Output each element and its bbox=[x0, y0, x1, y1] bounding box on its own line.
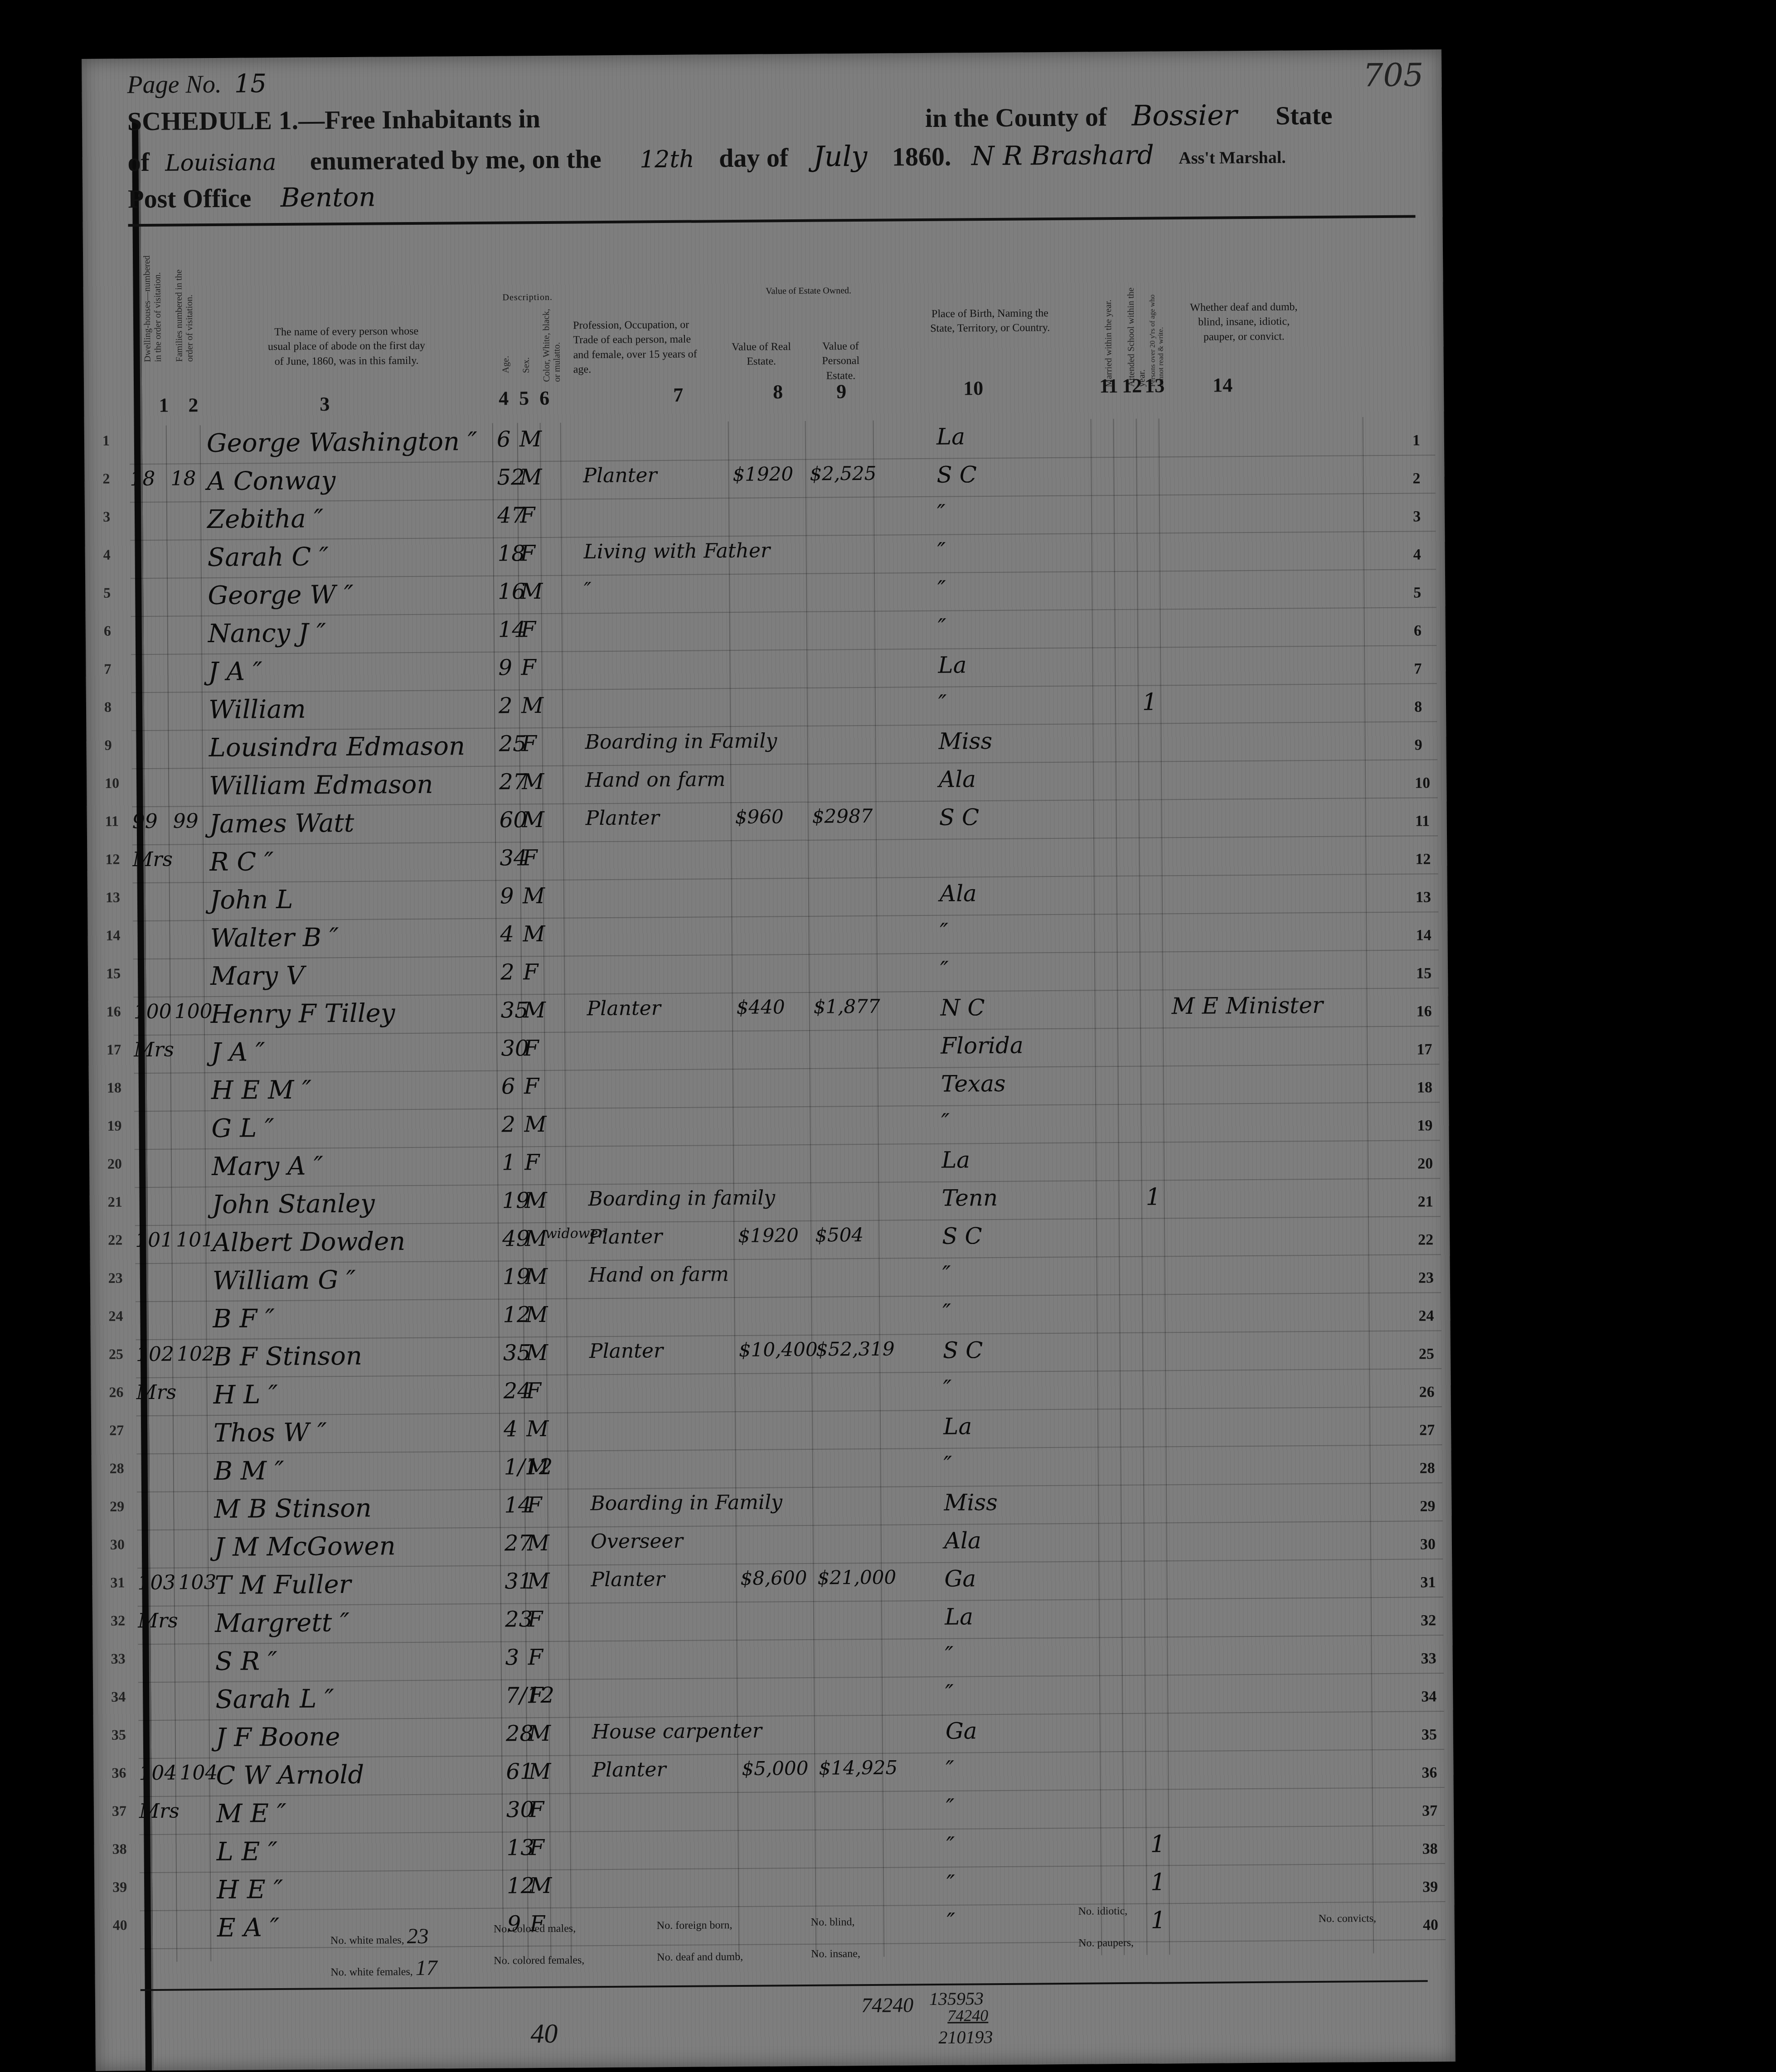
cell-name: T M Fuller bbox=[214, 1570, 351, 1600]
cell-occupation: Hand on farm bbox=[589, 1263, 729, 1287]
cell-name: M E ″ bbox=[216, 1799, 286, 1829]
cell-personal-estate: $2,525 bbox=[810, 462, 876, 485]
line-number-left: 34 bbox=[111, 1688, 126, 1705]
line-number-right: 31 bbox=[1420, 1574, 1436, 1591]
line-number-left: 6 bbox=[104, 623, 111, 639]
cell-sex: M bbox=[529, 1721, 551, 1746]
line-number-left: 33 bbox=[111, 1650, 126, 1667]
cell-name: Margrett ″ bbox=[215, 1608, 349, 1638]
cell-name: L E ″ bbox=[216, 1837, 277, 1867]
post-office-label: Post Office bbox=[128, 183, 252, 213]
line-number-left: 29 bbox=[110, 1498, 124, 1515]
line-number-left: 32 bbox=[111, 1612, 125, 1629]
line-number-right: 17 bbox=[1417, 1041, 1432, 1058]
cell-name: Sarah L ″ bbox=[215, 1684, 334, 1714]
cell-birthplace: Ala bbox=[939, 766, 976, 793]
line-number-right: 8 bbox=[1414, 698, 1422, 716]
cell-name: James Watt bbox=[209, 808, 354, 839]
line-number-left: 10 bbox=[105, 775, 119, 791]
of-label: of bbox=[127, 147, 150, 177]
line-number-left: 39 bbox=[112, 1878, 127, 1895]
line-number-right: 12 bbox=[1415, 851, 1431, 868]
cell-name: J A ″ bbox=[208, 657, 262, 687]
cell-sex: F bbox=[529, 1835, 544, 1860]
cell-sex: M bbox=[525, 1302, 548, 1327]
cell-name: H L ″ bbox=[213, 1380, 278, 1410]
deaf-dumb-label: No. deaf and dumb, bbox=[657, 1951, 743, 1964]
white-males-value: 23 bbox=[407, 1924, 428, 1948]
line-number-left: 13 bbox=[106, 889, 120, 905]
line-number-right: 34 bbox=[1421, 1688, 1436, 1705]
cell-birthplace: ″ bbox=[947, 1908, 956, 1935]
column-numbers: 1 2 3 4 5 6 7 8 9 10 11 12 13 14 bbox=[82, 49, 1441, 59]
cell-birthplace: Ala bbox=[944, 1527, 981, 1554]
cell-name: George W ″ bbox=[208, 580, 354, 610]
line-number-left: 36 bbox=[112, 1764, 126, 1781]
line-number-left: 18 bbox=[107, 1079, 121, 1096]
cell-birthplace: Ga bbox=[944, 1565, 976, 1592]
cell-name: J A ″ bbox=[211, 1037, 265, 1067]
year-value: 1860. bbox=[892, 142, 951, 172]
cell-birthplace: Ala bbox=[940, 880, 977, 907]
page-number: Page No. 15 bbox=[127, 69, 267, 99]
cell-birthplace: ″ bbox=[938, 614, 946, 640]
cell-family: 104 bbox=[180, 1761, 218, 1785]
line-number-right: 10 bbox=[1415, 775, 1430, 792]
line-number-right: 28 bbox=[1420, 1460, 1435, 1477]
cell-school: 1 bbox=[1150, 1830, 1165, 1858]
cell-name: William Edmason bbox=[209, 770, 433, 801]
cell-birthplace: La bbox=[938, 652, 966, 678]
cell-real-estate: $440 bbox=[736, 996, 785, 1018]
cell-dwelling: 103 bbox=[137, 1571, 175, 1595]
cell-name: S R ″ bbox=[215, 1646, 277, 1676]
line-number-left: 24 bbox=[108, 1307, 123, 1324]
col-num-9: 9 bbox=[836, 380, 846, 403]
white-females-label: No. white females, bbox=[330, 1966, 412, 1978]
cell-name: Zebitha ″ bbox=[207, 504, 324, 534]
line-number-right: 5 bbox=[1413, 584, 1421, 601]
cell-age: 6 bbox=[501, 1074, 515, 1099]
cell-birthplace: S C bbox=[937, 461, 977, 488]
cell-birthplace: ″ bbox=[942, 1299, 951, 1326]
cell-birthplace: Florida bbox=[941, 1032, 1024, 1059]
schedule-title-line: SCHEDULE 1.—Free Inhabitants in bbox=[127, 103, 540, 136]
cell-birthplace: ″ bbox=[945, 1680, 954, 1706]
cell-sex: F bbox=[521, 617, 536, 642]
line-number-right: 29 bbox=[1420, 1498, 1435, 1515]
cell-age: 2 bbox=[500, 959, 514, 985]
cell-dwelling: Mrs bbox=[136, 1381, 176, 1404]
cell-occupation: Planter bbox=[588, 1225, 662, 1249]
schedule-title: SCHEDULE 1.—Free Inhabitants in bbox=[127, 104, 540, 136]
sum-total: 210193 bbox=[938, 2026, 993, 2048]
line-number-left: 12 bbox=[105, 851, 120, 867]
line-number-left: 30 bbox=[110, 1536, 125, 1553]
cell-dwelling: Mrs bbox=[134, 1038, 174, 1062]
cell-sex: F bbox=[528, 1607, 543, 1632]
header-family: Families numbered in the order of visita… bbox=[174, 248, 195, 362]
cell-sex: F bbox=[523, 959, 539, 985]
cell-dwelling: 104 bbox=[139, 1762, 177, 1785]
header-birthplace: Place of Birth, Naming the State, Territ… bbox=[927, 306, 1053, 336]
cell-sex: M bbox=[519, 426, 542, 452]
cell-personal-estate: $52,319 bbox=[816, 1338, 895, 1360]
cell-name: M B Stinson bbox=[214, 1494, 372, 1524]
cell-sex: M bbox=[527, 1454, 549, 1480]
line-number-right: 1 bbox=[1412, 432, 1420, 449]
cell-birthplace: La bbox=[943, 1413, 972, 1439]
cell-occupation: Boarding in Family bbox=[585, 729, 777, 754]
cell-sex: M bbox=[524, 1112, 547, 1137]
cell-name: H E ″ bbox=[217, 1875, 283, 1905]
cell-school: 1 bbox=[1151, 1907, 1166, 1934]
line-number-right: 4 bbox=[1413, 546, 1421, 563]
header-school: Attended School within the year. bbox=[1126, 287, 1148, 387]
col-num-1: 1 bbox=[159, 394, 169, 417]
cell-age: 9 bbox=[500, 883, 514, 909]
line-number-right: 27 bbox=[1419, 1422, 1435, 1439]
cell-sex: M bbox=[519, 465, 542, 490]
cell-name: H E M ″ bbox=[211, 1075, 312, 1106]
cell-sex: M bbox=[520, 579, 543, 604]
foreign-born-label: No. foreign born, bbox=[657, 1919, 733, 1932]
page-number-value: 15 bbox=[234, 69, 267, 98]
col-num-2: 2 bbox=[188, 393, 198, 416]
cell-sex: F bbox=[528, 1683, 543, 1708]
cell-sex: M bbox=[527, 1530, 550, 1556]
header-dwelling: Dwelling-houses—numbered in the order of… bbox=[142, 249, 164, 362]
cell-occupation: House carpenter bbox=[592, 1719, 762, 1744]
sum-real-repeat: 74240 bbox=[947, 2006, 988, 2025]
cell-sex: F bbox=[520, 541, 535, 566]
cell-personal-estate: $21,000 bbox=[817, 1566, 896, 1589]
line-number-right: 11 bbox=[1415, 813, 1430, 830]
cell-personal-estate: $1,877 bbox=[813, 995, 880, 1018]
line-number-right: 40 bbox=[1423, 1917, 1438, 1934]
cell-school: 1 bbox=[1142, 688, 1158, 716]
cell-dwelling: 18 bbox=[130, 467, 155, 490]
cell-family: 103 bbox=[178, 1571, 216, 1594]
line-number-right: 32 bbox=[1421, 1612, 1436, 1629]
header-estate-group: Value of Estate Owned. bbox=[736, 285, 881, 298]
colored-males-label: No. colored males, bbox=[494, 1922, 576, 1935]
cell-dwelling: Mrs bbox=[132, 848, 173, 871]
cell-sex: M bbox=[524, 1188, 547, 1213]
post-office-line: Post Office Benton bbox=[128, 181, 376, 214]
cell-name: William bbox=[209, 695, 306, 725]
cell-birthplace: Tenn bbox=[941, 1185, 998, 1211]
enumeration-line: of Louisiana enumerated by me, on the 12… bbox=[127, 136, 1286, 178]
cell-occupation: Hand on farm bbox=[585, 768, 726, 792]
cell-birthplace: ″ bbox=[940, 919, 948, 945]
cell-birthplace: ″ bbox=[946, 1870, 955, 1897]
cell-name: B M ″ bbox=[214, 1456, 284, 1486]
line-number-left: 7 bbox=[104, 661, 111, 678]
line-number-left: 9 bbox=[104, 737, 112, 754]
line-number-left: 17 bbox=[107, 1041, 121, 1058]
line-number-left: 27 bbox=[109, 1422, 124, 1438]
line-number-left: 28 bbox=[110, 1460, 124, 1477]
state-value: Louisiana bbox=[165, 149, 276, 176]
cell-age: 4 bbox=[504, 1416, 518, 1442]
sum-real-estate: 74240 bbox=[861, 1993, 913, 2017]
header-real-estate: Value of Real Estate. bbox=[727, 339, 795, 369]
cell-birthplace: La bbox=[941, 1147, 970, 1173]
cell-sex: M bbox=[526, 1416, 549, 1442]
cell-birthplace: ″ bbox=[943, 1375, 951, 1402]
line-number-right: 25 bbox=[1419, 1346, 1434, 1363]
cell-occupation: Planter bbox=[586, 806, 660, 830]
cell-name: J F Boone bbox=[216, 1722, 340, 1752]
header-rule bbox=[128, 215, 1416, 227]
line-number-right: 2 bbox=[1412, 470, 1420, 487]
cell-birthplace: ″ bbox=[937, 500, 946, 526]
line-number-left: 8 bbox=[104, 699, 112, 716]
cell-name: Sarah C ″ bbox=[207, 542, 329, 572]
cell-name: George Washington ″ bbox=[207, 427, 477, 458]
blind-label: No. blind, bbox=[811, 1916, 855, 1929]
marshal-name: N R Brashard bbox=[971, 139, 1154, 171]
header-illiterate: Persons over 20 y'rs of age who cannot r… bbox=[1149, 287, 1166, 387]
cell-dwelling: 100 bbox=[134, 1000, 172, 1024]
cell-birthplace: N C bbox=[940, 994, 985, 1021]
line-number-right: 16 bbox=[1417, 1003, 1432, 1020]
cell-birthplace: Ga bbox=[946, 1718, 977, 1744]
cell-sex: F bbox=[520, 503, 535, 528]
cell-dwelling: Mrs bbox=[139, 1800, 180, 1823]
line-number-left: 40 bbox=[113, 1917, 127, 1933]
line-number-right: 37 bbox=[1422, 1802, 1437, 1820]
line-number-right: 39 bbox=[1422, 1878, 1438, 1896]
month-value: July bbox=[813, 140, 868, 173]
cell-sex: M bbox=[523, 883, 545, 909]
post-office-value: Benton bbox=[281, 181, 376, 213]
cell-occupation: ″ bbox=[584, 578, 592, 601]
line-number-left: 15 bbox=[106, 965, 121, 982]
cell-sex: F bbox=[524, 1150, 540, 1175]
line-number-right: 3 bbox=[1413, 508, 1421, 525]
line-number-left: 16 bbox=[107, 1003, 121, 1020]
line-number-left: 4 bbox=[103, 547, 111, 563]
col-num-10: 10 bbox=[963, 377, 983, 400]
cell-birthplace: ″ bbox=[938, 690, 947, 716]
col-num-14: 14 bbox=[1213, 373, 1233, 397]
cell-name: Lousindra Edmason bbox=[209, 731, 465, 763]
cell-birthplace: Texas bbox=[941, 1070, 1006, 1097]
cell-family: 102 bbox=[177, 1342, 215, 1366]
line-number-left: 25 bbox=[109, 1346, 123, 1362]
line-number-left: 21 bbox=[107, 1193, 122, 1210]
line-number-left: 35 bbox=[112, 1726, 126, 1743]
cell-sex: M bbox=[525, 1264, 548, 1289]
line-number-right: 15 bbox=[1416, 965, 1431, 982]
cell-birthplace: Miss bbox=[944, 1489, 998, 1516]
cell-sex: F bbox=[522, 845, 538, 871]
line-number-left: 2 bbox=[102, 470, 110, 487]
cell-age: 3 bbox=[505, 1645, 519, 1670]
cell-real-estate: $1920 bbox=[733, 463, 793, 485]
line-number-right: 22 bbox=[1418, 1231, 1433, 1249]
cell-school: 1 bbox=[1150, 1869, 1166, 1896]
white-males-tally: No. white males, 23 bbox=[330, 1924, 429, 1950]
cell-personal-estate: $504 bbox=[815, 1224, 864, 1246]
line-number-left: 1 bbox=[102, 432, 110, 449]
cell-sex: M bbox=[529, 1873, 552, 1898]
cell-birthplace: ″ bbox=[937, 576, 946, 602]
cell-birthplace: ″ bbox=[945, 1642, 953, 1668]
cell-name: E A ″ bbox=[217, 1913, 280, 1943]
convicts-label: No. convicts, bbox=[1319, 1912, 1376, 1925]
county-line: in the County of Bossier State bbox=[925, 98, 1333, 134]
header-married: Married within the year. bbox=[1103, 287, 1115, 387]
cell-real-estate: $10,400 bbox=[739, 1338, 818, 1361]
header-color: Color, White, black, or mulatto. bbox=[541, 300, 563, 382]
line-number-left: 14 bbox=[106, 927, 120, 944]
cell-name: B F Stinson bbox=[213, 1341, 362, 1372]
cell-sex: F bbox=[528, 1645, 543, 1670]
day-of-label: day of bbox=[719, 143, 789, 173]
cell-birthplace: La bbox=[937, 423, 965, 450]
cell-sex: M bbox=[523, 997, 546, 1023]
idiotic-label: No. idiotic, bbox=[1078, 1905, 1128, 1918]
page-label: Page No. bbox=[127, 70, 222, 99]
line-number-left: 38 bbox=[112, 1840, 126, 1857]
cell-dwelling: 102 bbox=[136, 1343, 174, 1366]
cell-name: William G ″ bbox=[213, 1265, 356, 1296]
cell-age: 2 bbox=[501, 1112, 515, 1137]
cell-real-estate: $960 bbox=[735, 805, 784, 828]
cell-dwelling: 101 bbox=[135, 1229, 173, 1252]
col-num-13: 13 bbox=[1145, 374, 1165, 397]
cell-age: 4 bbox=[500, 921, 514, 947]
cell-birthplace: ″ bbox=[946, 1756, 954, 1782]
col-num-4: 4 bbox=[499, 387, 509, 410]
day-value: 12th bbox=[640, 146, 694, 174]
line-number-left: 19 bbox=[107, 1117, 121, 1134]
cell-family: 101 bbox=[176, 1228, 214, 1252]
folio-number: 705 bbox=[1363, 56, 1423, 94]
cell-birthplace: S C bbox=[943, 1337, 983, 1364]
cell-occupation: Planter bbox=[587, 997, 660, 1020]
line-number-right: 6 bbox=[1414, 622, 1422, 639]
white-males-label: No. white males, bbox=[330, 1934, 404, 1946]
cell-sex: M bbox=[525, 1226, 548, 1251]
cell-age: 9 bbox=[498, 655, 512, 680]
cell-sex: M bbox=[527, 1569, 550, 1594]
line-number-right: 35 bbox=[1422, 1726, 1437, 1743]
line-number-left: 26 bbox=[109, 1384, 123, 1400]
line-number-right: 9 bbox=[1415, 736, 1422, 754]
line-number-left: 11 bbox=[105, 813, 119, 829]
line-number-right: 24 bbox=[1418, 1307, 1434, 1325]
line-number-left: 23 bbox=[108, 1269, 123, 1286]
cell-sex: M bbox=[522, 807, 545, 833]
total-persons: 40 bbox=[530, 2018, 558, 2049]
col-num-3: 3 bbox=[320, 392, 330, 416]
cell-name: Walter B ″ bbox=[210, 923, 339, 953]
cell-sex: F bbox=[524, 1074, 539, 1099]
cell-name: Thos W ″ bbox=[214, 1418, 327, 1448]
state-label: State bbox=[1276, 101, 1333, 131]
cell-name: C W Arnold bbox=[216, 1760, 364, 1791]
line-number-left: 20 bbox=[107, 1155, 122, 1172]
line-number-right: 26 bbox=[1419, 1384, 1434, 1401]
census-table: 1George Washington ″6MLa121818A Conway52… bbox=[130, 416, 1446, 1962]
cell-sex: M bbox=[529, 1759, 551, 1784]
cell-name: John L bbox=[210, 885, 293, 915]
county-label: in the County of bbox=[925, 102, 1107, 133]
cell-name: Mary V bbox=[210, 961, 305, 991]
paupers-label: No. paupers, bbox=[1078, 1937, 1134, 1950]
cell-name: G L ″ bbox=[211, 1113, 274, 1143]
cell-family: 18 bbox=[170, 467, 196, 490]
county-value: Bossier bbox=[1131, 98, 1237, 132]
header-age: Age. bbox=[500, 337, 511, 373]
cell-name: A Conway bbox=[207, 466, 335, 496]
enumerated-label: enumerated by me, on the bbox=[310, 144, 602, 175]
cell-birthplace: ″ bbox=[942, 1261, 951, 1288]
cell-age: 2 bbox=[499, 693, 513, 718]
line-number-right: 19 bbox=[1417, 1117, 1432, 1134]
cell-sex: F bbox=[529, 1797, 544, 1822]
cell-birthplace: ″ bbox=[943, 1452, 952, 1478]
col-num-5: 5 bbox=[519, 387, 529, 410]
cell-occupation: Planter bbox=[592, 1758, 666, 1782]
cell-birthplace: ″ bbox=[937, 538, 946, 564]
white-females-tally: No. white females, 17 bbox=[330, 1956, 437, 1981]
line-number-right: 14 bbox=[1416, 927, 1431, 944]
col-num-6: 6 bbox=[539, 387, 549, 410]
line-number-left: 31 bbox=[110, 1574, 125, 1591]
line-number-right: 21 bbox=[1418, 1193, 1433, 1210]
cell-occupation: Boarding in Family bbox=[590, 1491, 782, 1515]
cell-occupation: Planter bbox=[589, 1339, 663, 1363]
cell-family: 99 bbox=[173, 809, 199, 833]
cell-name: R C ″ bbox=[209, 847, 274, 877]
cell-sex: F bbox=[521, 655, 536, 680]
cell-school: 1 bbox=[1145, 1183, 1161, 1210]
footer-rule bbox=[141, 1980, 1428, 1991]
cell-sex: F bbox=[524, 1036, 539, 1061]
line-number-right: 33 bbox=[1421, 1650, 1436, 1667]
cell-sex: F bbox=[521, 731, 537, 756]
cell-birthplace: La bbox=[945, 1603, 973, 1630]
cell-sex: F bbox=[526, 1378, 541, 1404]
cell-name: Albert Dowden bbox=[212, 1227, 405, 1258]
cell-name: Mary A ″ bbox=[212, 1151, 324, 1181]
line-number-right: 23 bbox=[1418, 1269, 1434, 1287]
cell-dwelling: 99 bbox=[132, 810, 158, 833]
cell-real-estate: $8,600 bbox=[740, 1567, 807, 1589]
cell-name: Henry F Tilley bbox=[211, 998, 395, 1029]
cell-real-estate: $1920 bbox=[738, 1224, 799, 1247]
line-number-right: 13 bbox=[1416, 889, 1431, 906]
line-number-left: 5 bbox=[103, 585, 111, 601]
cell-real-estate: $5,000 bbox=[742, 1757, 808, 1780]
cell-occupation: Boarding in family bbox=[588, 1186, 775, 1210]
line-number-right: 7 bbox=[1414, 660, 1422, 678]
header-name: The name of every person whose usual pla… bbox=[265, 324, 428, 369]
cell-dwelling: Mrs bbox=[138, 1609, 178, 1633]
header-disability: Whether deaf and dumb, blind, insane, id… bbox=[1189, 300, 1299, 344]
header-sex: Sex. bbox=[521, 337, 532, 373]
cell-sex: M bbox=[526, 1340, 548, 1365]
insane-label: No. insane, bbox=[811, 1948, 860, 1961]
line-number-left: 37 bbox=[112, 1802, 126, 1819]
cell-sex: F bbox=[527, 1492, 542, 1518]
line-number-right: 30 bbox=[1420, 1536, 1436, 1553]
